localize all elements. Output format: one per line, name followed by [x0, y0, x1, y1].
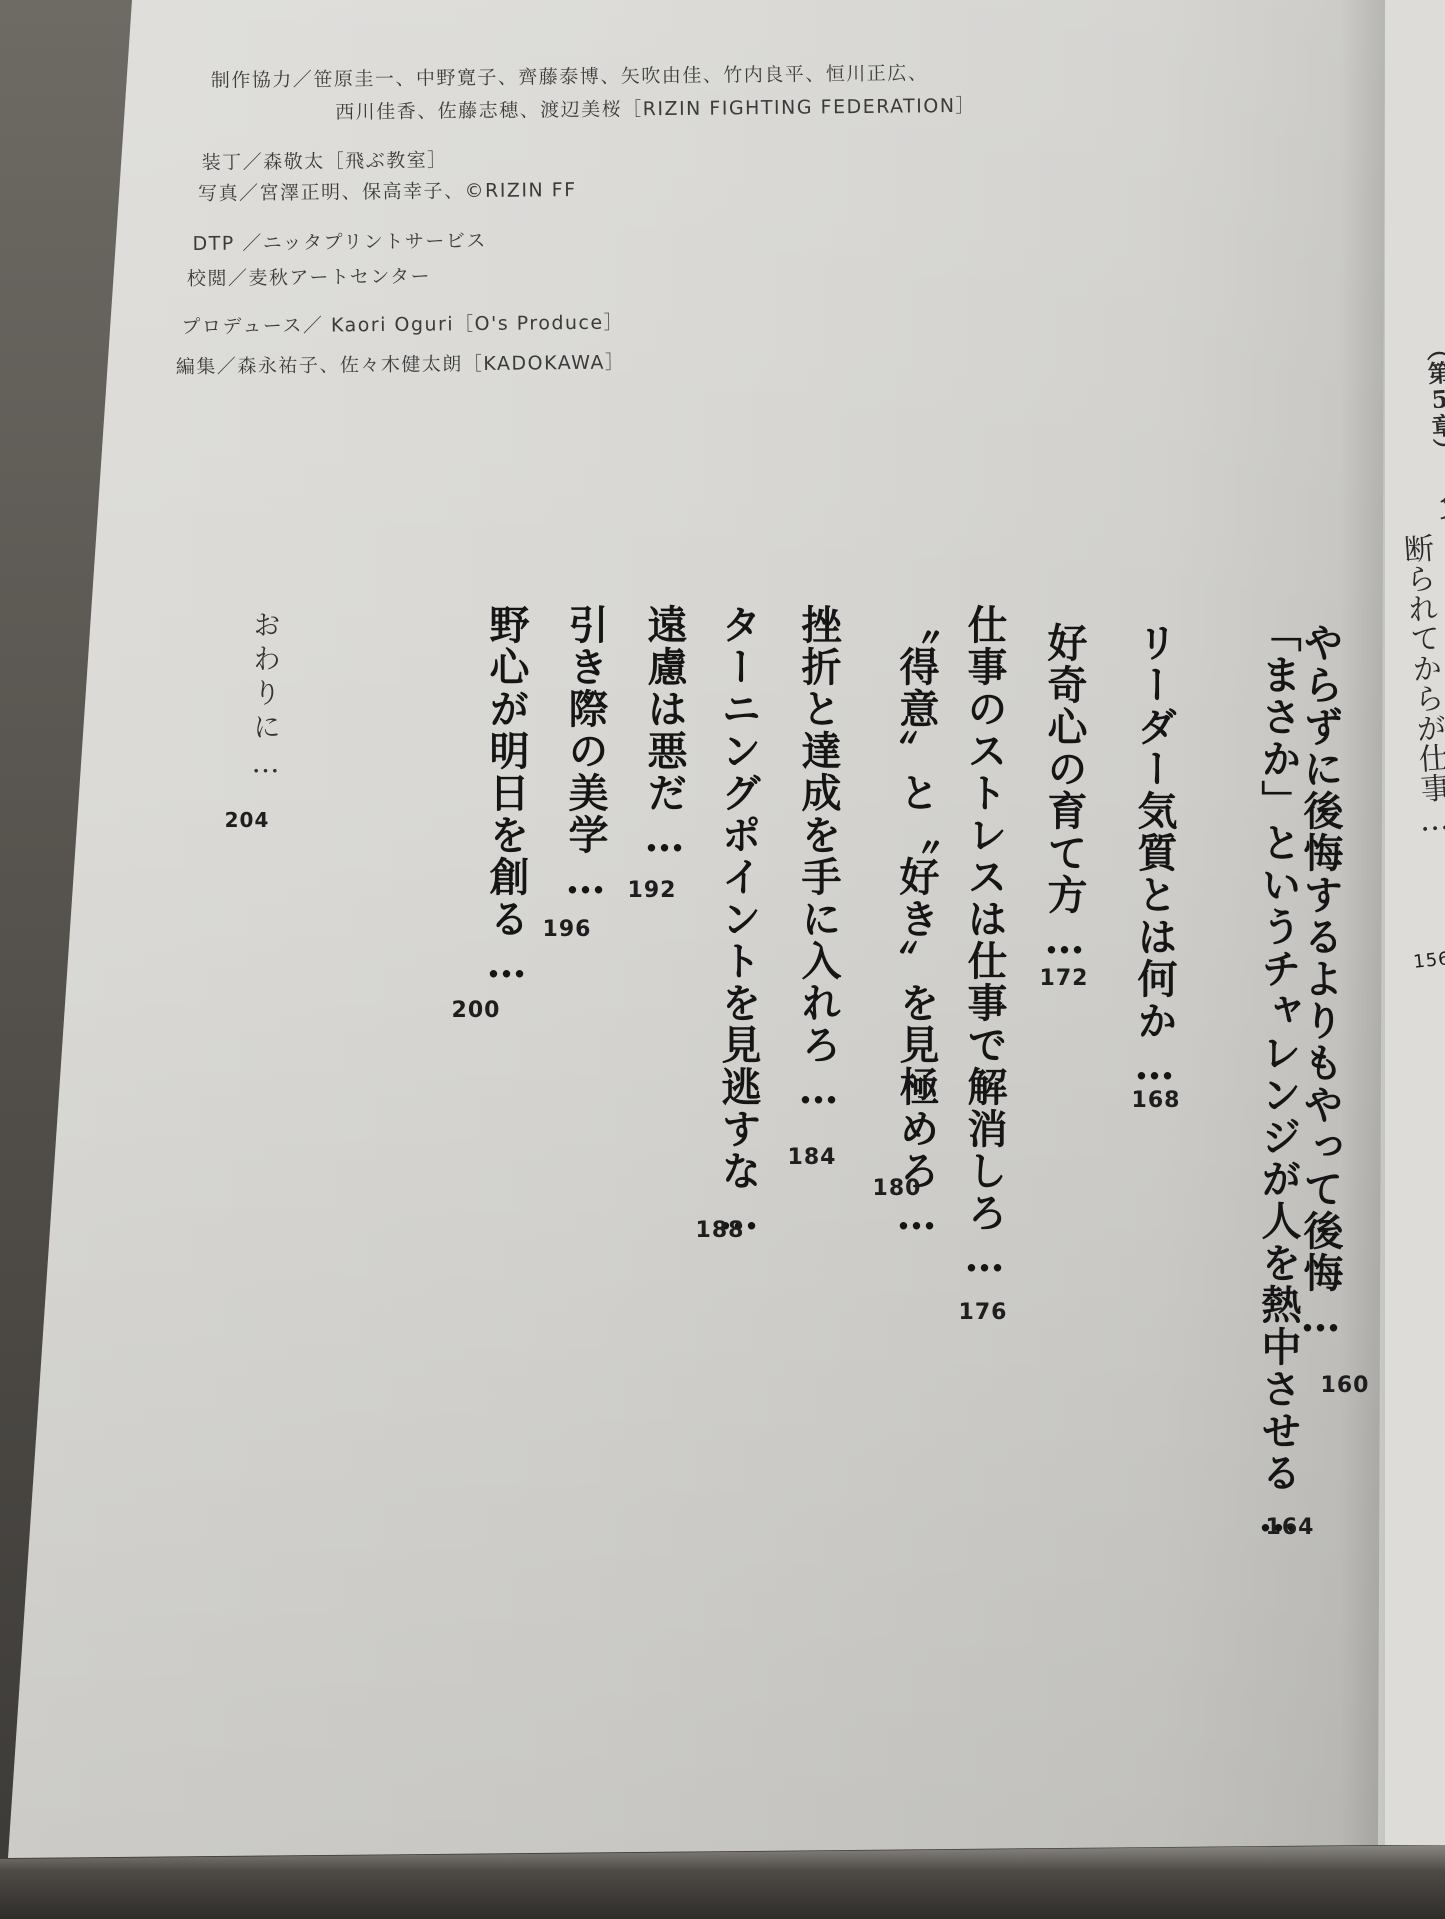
credit-role: 写真 [198, 183, 239, 205]
credit-production-cooperation: 制作協力／笹原圭一、中野寛子、齊藤泰博、矢吹由佳、竹内良平、恒川正広、 [211, 58, 929, 93]
toc-entry[interactable]: リーダー気質とは何か… [1126, 622, 1183, 1089]
toc-afterword[interactable]: おわりに… [245, 610, 285, 785]
toc-page-number: 196 [543, 917, 592, 942]
toc-entry[interactable]: 「まさか」というチャレンジが人を熱中させる… [1250, 612, 1307, 1541]
toc-page-number: 192 [628, 878, 677, 903]
toc-page-number: 200 [452, 998, 501, 1023]
leader-dots: … [562, 856, 609, 903]
credit-editing: 編集／森永祐子、佐々木健太朗［KADOKAWA］ [176, 347, 626, 379]
credit-role: 制作協力 [211, 69, 293, 92]
leader-dots: … [249, 746, 282, 785]
leader-dots: … [1041, 916, 1088, 963]
toc-page-number: 172 [1040, 966, 1089, 991]
leader-dots: … [795, 1066, 842, 1113]
credit-value: 宮澤正明、保高幸子、©RIZIN FF [259, 179, 576, 204]
credit-proofreading: 校閲／麦秋アートセンター [187, 262, 431, 292]
credits-block: 制作協力／笹原圭一、中野寛子、齊藤泰博、矢吹由佳、竹内良平、恒川正広、 西川佳香… [0, 0, 1204, 420]
toc-entry-title: 引き際の美学 [562, 604, 609, 856]
chapter-title-partial: 殳 [1432, 482, 1445, 521]
leader-dots: … [483, 940, 530, 987]
toc-entry-title: 遠慮は悪だ [641, 604, 688, 814]
toc-entry-title: 仕事のストレスは仕事で解消しろ [961, 604, 1008, 1234]
toc-entry[interactable]: 遠慮は悪だ… [636, 604, 693, 861]
toc-page-number: 188 [696, 1218, 745, 1243]
toc-entry[interactable]: 〝得意〟と〝好き〟を見極めろ… [888, 604, 945, 1239]
credit-role: プロデュース [181, 315, 303, 338]
toc-page-number: 204 [225, 808, 270, 832]
credit-produce: プロデュース／ Kaori Oguri［O's Produce］ [181, 307, 624, 339]
credit-dtp: DTP ／ニッタプリントサービス [192, 226, 487, 256]
toc-entry[interactable]: 挫折と達成を手に入れろ… [790, 604, 847, 1113]
toc-entry[interactable]: ターニングポイントを見逃すな… [710, 604, 767, 1239]
leader-dots: … [961, 1234, 1008, 1281]
toc-page-number: 168 [1132, 1088, 1181, 1113]
credit-value: 森敬太［飛ぶ教室］ [263, 149, 448, 173]
toc-entry-title: 「まさか」というチャレンジが人を熱中させる [1255, 612, 1302, 1494]
toc-entry-title: 好奇心の育て方 [1041, 622, 1088, 916]
leader-dots: … [1416, 802, 1445, 839]
leader-dots: … [1131, 1042, 1178, 1089]
credit-value: 西川佳香、佐藤志穂、渡辺美桜［RIZIN FIGHTING FEDERATION… [335, 95, 976, 124]
toc-entry-title: 野心が明日を創る [483, 604, 530, 940]
credit-value: ニッタプリントサービス [263, 230, 487, 254]
credit-cover-design: 装丁／森敬太［飛ぶ教室］ [202, 145, 448, 175]
toc-entry-title: 〝得意〟と〝好き〟を見極めろ [893, 604, 940, 1192]
credit-value: 笹原圭一、中野寛子、齊藤泰博、矢吹由佳、竹内良平、恒川正広、 [313, 62, 928, 90]
credit-separator: ／ [243, 151, 264, 173]
toc-page-number: 164 [1266, 1515, 1315, 1540]
credit-role: 校閲 [187, 268, 228, 290]
leader-dots: … [641, 814, 688, 861]
toc-page-number: 180 [873, 1176, 922, 1201]
toc-page-number: 160 [1321, 1373, 1370, 1398]
toc-page-number: 156 [1412, 948, 1445, 973]
toc-entry[interactable]: 好奇心の育て方… [1036, 622, 1093, 963]
toc-entry-title: ターニングポイントを見逃すな [715, 604, 762, 1192]
next-page-chapter-title-partial: 殳 [1428, 481, 1445, 520]
credit-separator: ／ [235, 232, 263, 254]
credit-separator: ／ [239, 182, 260, 204]
credit-role: 編集 [176, 356, 217, 378]
toc-entry[interactable]: 仕事のストレスは仕事で解消しろ… [956, 604, 1013, 1281]
credit-production-cooperation-cont: 西川佳香、佐藤志穂、渡辺美桜［RIZIN FIGHTING FEDERATION… [335, 91, 976, 125]
credit-value: 森永祐子、佐々木健太朗［KADOKAWA］ [237, 351, 625, 377]
credit-value: 麦秋アートセンター [248, 266, 431, 290]
toc-entry[interactable]: 引き際の美学… [557, 604, 614, 903]
credit-role: 装丁 [202, 151, 243, 173]
credit-separator: ／ [293, 69, 314, 91]
toc-page-number: 176 [959, 1300, 1008, 1325]
credit-value: Kaori Oguri［O's Produce］ [331, 311, 624, 336]
credit-separator: ／ [303, 315, 331, 337]
toc-entry[interactable]: 野心が明日を創る… [478, 604, 535, 987]
toc-entry-title: リーダー気質とは何か [1131, 622, 1178, 1042]
toc-page-number: 184 [788, 1145, 837, 1170]
credit-role: DTP [192, 233, 234, 255]
chapter-label: （第5章） [1421, 336, 1445, 463]
afterword-title: おわりに [249, 610, 282, 746]
credit-separator: ／ [228, 267, 249, 289]
toc-entry-title: 挫折と達成を手に入れろ [795, 604, 842, 1066]
credit-separator: ／ [217, 356, 238, 378]
credit-photo: 写真／宮澤正明、保高幸子、©RIZIN FF [198, 175, 577, 206]
